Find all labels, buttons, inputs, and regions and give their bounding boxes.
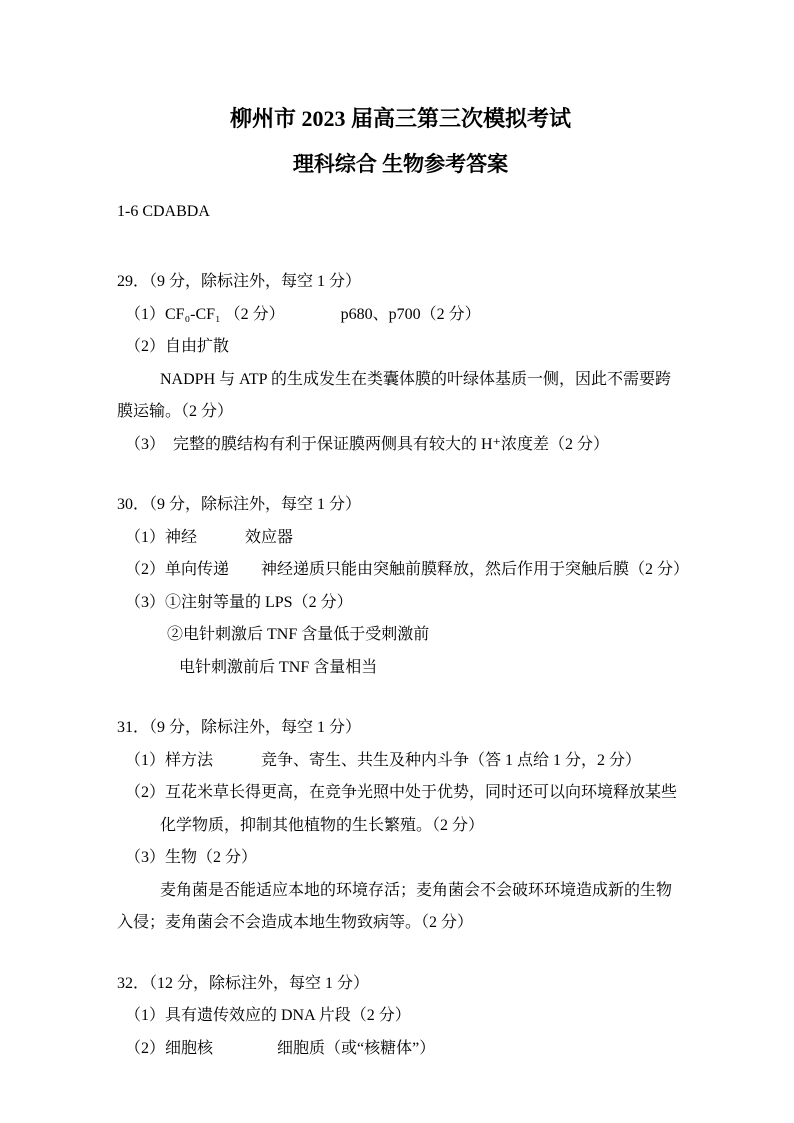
answer-line: 30．（9 分，除标注外，每空 1 分） — [117, 489, 694, 522]
answer-line: （2）自由扩散 — [117, 331, 694, 364]
answer-line: （1）CF₀-CF₁ （2 分） p680、p700（2 分） — [117, 299, 694, 332]
answer-line: （3） 完整的膜结构有利于保证膜两侧具有较大的 H⁺浓度差（2 分） — [117, 429, 694, 462]
answer-line: （1）神经 效应器 — [117, 522, 694, 555]
answer-line: （3）①注射等量的 LPS（2 分） — [117, 587, 694, 620]
answer-line: 膜运输。（2 分） — [117, 396, 694, 429]
question-31-section: 31．（9 分，除标注外，每空 1 分） （1）样方法 竞争、寄生、共生及种内斗… — [117, 712, 694, 940]
answer-line: NADPH 与 ATP 的生成发生在类囊体膜的叶绿体基质一侧，因此不需要跨 — [117, 364, 694, 397]
question-30-section: 30．（9 分，除标注外，每空 1 分） （1）神经 效应器 （2）单向传递 神… — [117, 489, 694, 684]
answer-line: 32．（12 分，除标注外，每空 1 分） — [117, 968, 694, 1001]
question-29-section: 29．（9 分，除标注外，每空 1 分） （1）CF₀-CF₁ （2 分） p6… — [117, 266, 694, 461]
answer-line: （2）单向传递 神经递质只能由突触前膜释放，然后作用于突触后膜（2 分） — [117, 554, 694, 587]
answer-line: 麦角菌是否能适应本地的环境存活；麦角菌会不会破环环境造成新的生物 — [117, 875, 694, 908]
answer-line: （3）生物（2 分） — [117, 842, 694, 875]
answer-line: 31．（9 分，除标注外，每空 1 分） — [117, 712, 694, 745]
answer-line: 入侵；麦角菌会不会造成本地生物致病等。（2 分） — [117, 907, 694, 940]
page-title: 柳州市 2023 届高三第三次模拟考试 — [107, 104, 694, 134]
answer-line: 29．（9 分，除标注外，每空 1 分） — [117, 266, 694, 299]
answer-line: （1）具有遗传效应的 DNA 片段（2 分） — [117, 1000, 694, 1033]
answer-line: （2）互花米草长得更高，在竞争光照中处于优势，同时还可以向环境释放某些 — [117, 777, 694, 810]
answer-line: 电针刺激前后 TNF 含量相当 — [117, 652, 694, 685]
page-subtitle: 理科综合 生物参考答案 — [107, 150, 694, 178]
answer-line: ②电针刺激后 TNF 含量低于受刺激前 — [117, 619, 694, 652]
document-page: 柳州市 2023 届高三第三次模拟考试 理科综合 生物参考答案 1-6 CDAB… — [0, 0, 794, 1123]
multiple-choice-answers: 1-6 CDABDA — [117, 200, 694, 224]
question-32-section: 32．（12 分，除标注外，每空 1 分） （1）具有遗传效应的 DNA 片段（… — [117, 968, 694, 1066]
answer-line: 化学物质，抑制其他植物的生长繁殖。（2 分） — [117, 810, 694, 843]
answer-line: （2）细胞核 细胞质（或“核糖体”） — [117, 1033, 694, 1066]
answer-line: （1）样方法 竞争、寄生、共生及种内斗争（答 1 点给 1 分，2 分） — [117, 745, 694, 778]
